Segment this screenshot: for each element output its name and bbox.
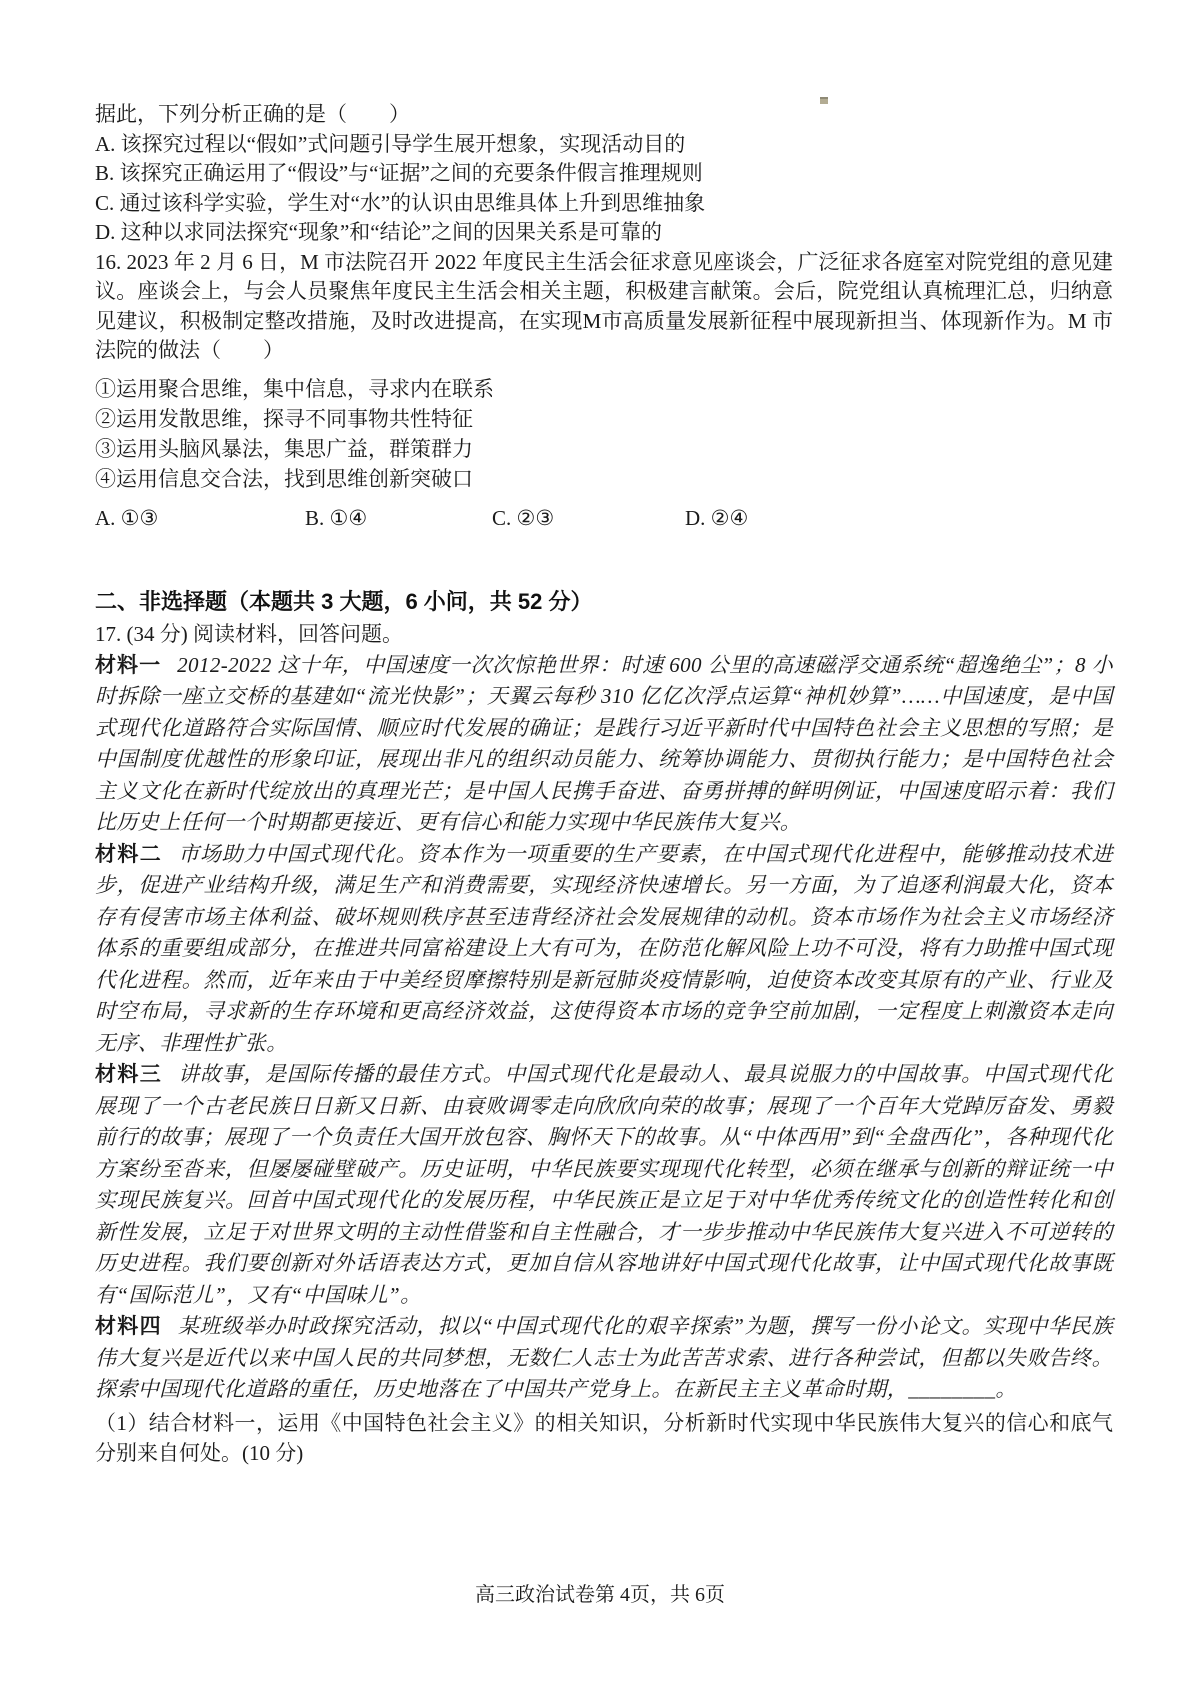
question-15-option-c: C. 通过该科学实验，学生对“水”的认识由思维具体上升到思维抽象 — [95, 189, 1113, 219]
question-16-numbered-items: ①运用聚合思维，集中信息，寻求内在联系 ②运用发散思维，探寻不同事物共性特征 ③… — [95, 374, 1113, 494]
question-17-intro: 17. (34 分) 阅读材料，回答问题。 — [95, 619, 1113, 650]
question-16-choice-c: C. ②③ — [492, 503, 685, 533]
question-15-option-d: D. 这种以求同法探究“现象”和“结论”之间的因果关系是可靠的 — [95, 218, 1113, 248]
question-16-choice-d: D. ②④ — [685, 503, 748, 533]
question-16-item-3: ③运用头脑风暴法，集思广益，群策群力 — [95, 434, 1113, 464]
material-3-text: 讲故事，是国际传播的最佳方式。中国式现代化是最动人、最具说服力的中国故事。中国式… — [95, 1062, 1113, 1307]
material-2: 材料二市场助力中国式现代化。资本作为一项重要的生产要素，在中国式现代化进程中，能… — [95, 839, 1113, 1060]
question-15-option-b: B. 该探究正确运用了“假设”与“证据”之间的充要条件假言推理规则 — [95, 159, 1113, 189]
question-16-item-4: ④运用信息交合法，找到思维创新突破口 — [95, 464, 1113, 494]
material-3-label: 材料三 — [95, 1063, 162, 1086]
question-16-choice-a: A. ①③ — [95, 503, 305, 533]
question-16-item-2: ②运用发散思维，探寻不同事物共性特征 — [95, 404, 1113, 434]
exam-paper-page: 据此，下列分析正确的是（ ） A. 该探究过程以“假如”式问题引导学生展开想象，… — [0, 0, 1200, 1698]
question-16: 16. 2023 年 2 月 6 日，M 市法院召开 2022 年度民主生活会征… — [95, 248, 1113, 533]
page-footer: 高三政治试卷第 4页，共 6页 — [0, 1578, 1200, 1607]
question-17: 17. (34 分) 阅读材料，回答问题。 材料一2012-2022 这十年，中… — [95, 619, 1113, 1469]
material-4-label: 材料四 — [95, 1315, 162, 1338]
material-4-text: 某班级举办时政探究活动，拟以“中国式现代化的艰辛探索”为题，撰写一份小论文。实现… — [95, 1314, 1113, 1401]
question-15: 据此，下列分析正确的是（ ） A. 该探究过程以“假如”式问题引导学生展开想象，… — [95, 100, 1113, 248]
material-4: 材料四某班级举办时政探究活动，拟以“中国式现代化的艰辛探索”为题，撰写一份小论文… — [95, 1311, 1113, 1406]
material-1-text: 2012-2022 这十年，中国速度一次次惊艳世界：时速 600 公里的高速磁浮… — [95, 653, 1113, 835]
question-17-subquestion-1: （1）结合材料一，运用《中国特色社会主义》的相关知识，分析新时代实现中华民族伟大… — [95, 1408, 1113, 1469]
material-3: 材料三讲故事，是国际传播的最佳方式。中国式现代化是最动人、最具说服力的中国故事。… — [95, 1059, 1113, 1311]
material-2-label: 材料二 — [95, 843, 162, 866]
question-15-stem: 据此，下列分析正确的是（ ） — [95, 100, 1113, 130]
material-2-text: 市场助力中国式现代化。资本作为一项重要的生产要素，在中国式现代化进程中，能够推动… — [95, 842, 1113, 1055]
material-1-label: 材料一 — [95, 654, 161, 677]
question-16-choices: A. ①③ B. ①④ C. ②③ D. ②④ — [95, 503, 1113, 533]
question-17-materials: 材料一2012-2022 这十年，中国速度一次次惊艳世界：时速 600 公里的高… — [95, 650, 1113, 1406]
section-2-title: 二、非选择题（本题共 3 大题，6 小问，共 52 分） — [95, 587, 1113, 617]
question-16-choice-b: B. ①④ — [305, 503, 492, 533]
question-15-option-a: A. 该探究过程以“假如”式问题引导学生展开想象，实现活动目的 — [95, 130, 1113, 160]
page-content: 据此，下列分析正确的是（ ） A. 该探究过程以“假如”式问题引导学生展开想象，… — [95, 100, 1113, 1469]
question-16-stem: 16. 2023 年 2 月 6 日，M 市法院召开 2022 年度民主生活会征… — [95, 248, 1113, 366]
question-16-item-1: ①运用聚合思维，集中信息，寻求内在联系 — [95, 374, 1113, 404]
material-1: 材料一2012-2022 这十年，中国速度一次次惊艳世界：时速 600 公里的高… — [95, 650, 1113, 839]
